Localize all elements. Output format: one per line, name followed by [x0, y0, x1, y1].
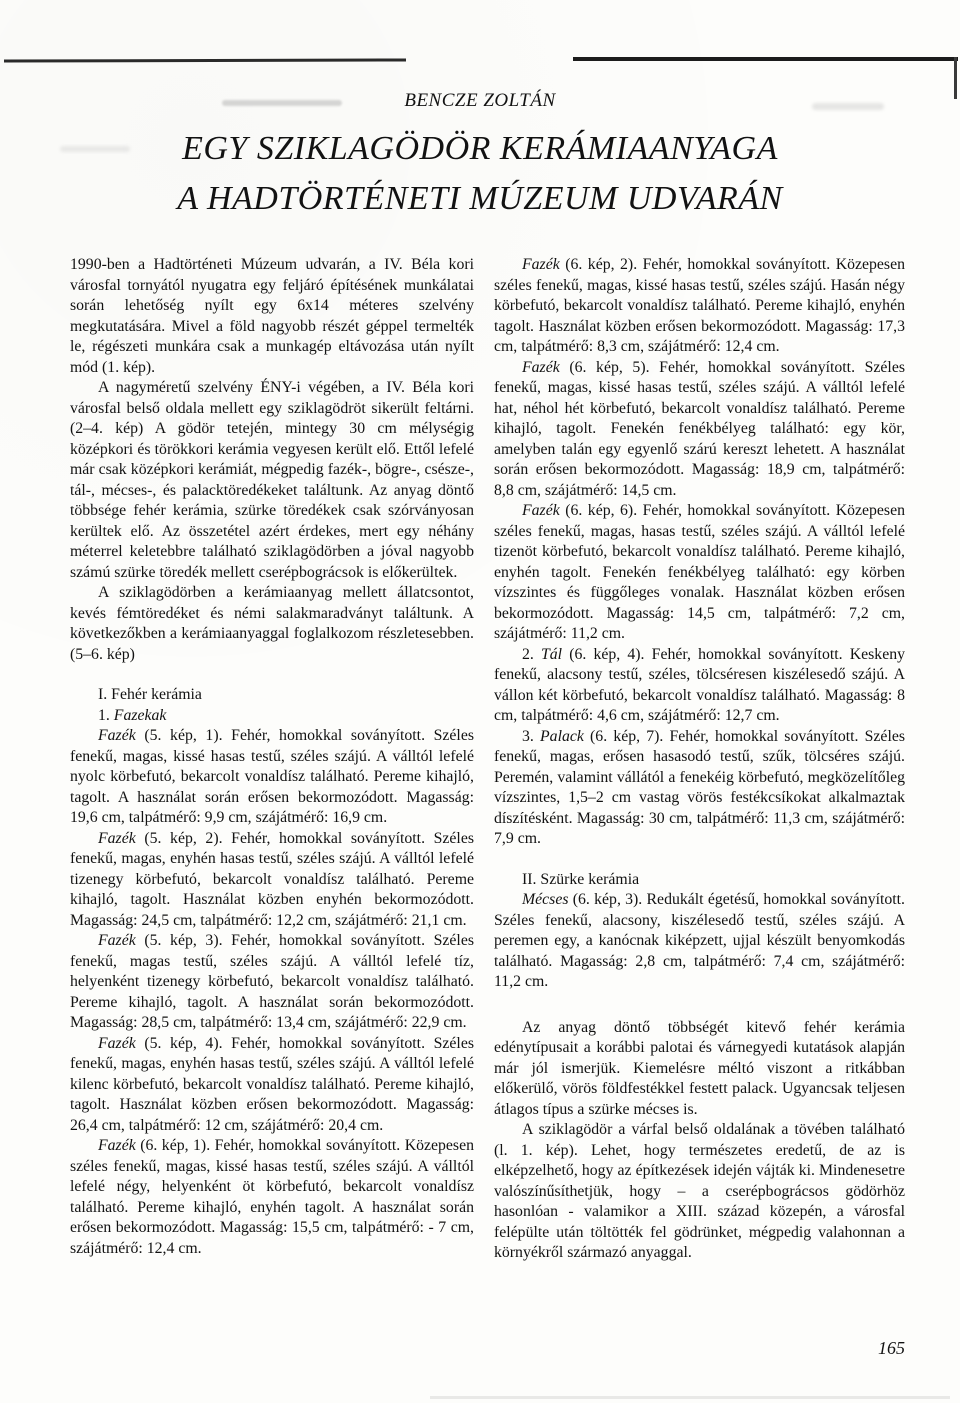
paragraph-lead-italic: Fazék [522, 359, 560, 376]
author-name: BENCZE ZOLTÁN [0, 90, 960, 112]
article-title-line2: A HADTÖRTÉNETI MÚZEUM UDVARÁN [177, 180, 782, 217]
page-number: 165 [494, 1338, 905, 1359]
article-title-line1: EGY SZIKLAGÖDÖR KERÁMIAANYAGA [182, 130, 778, 167]
paragraph: 3. Palack (6. kép, 7). Fehér, homokkal s… [494, 727, 905, 850]
section-heading-white-ceramics: I. Fehér kerámia [70, 685, 474, 706]
heading-text: II. Szürke kerámia [522, 871, 639, 888]
paragraph-lead-italic: Fazék [98, 830, 136, 847]
subsection-heading-fazekak: 1. Fazekak [70, 706, 474, 727]
paragraph-lead-italic: Palack [540, 728, 584, 745]
paragraph-lead-italic: Fazék [98, 1137, 136, 1154]
paragraph-text: (6. kép, 6). Fehér, homokkal soványított… [494, 502, 905, 642]
section-heading-grey-ceramics: II. Szürke kerámia [494, 870, 905, 891]
paragraph-text: A sziklagödörben a kerámiaanyag mellett … [70, 584, 474, 663]
paragraph: A nagyméretű szelvény ÉNY-i végében, a I… [70, 378, 474, 583]
paragraph-pre: 1. [98, 707, 114, 724]
paragraph: Fazék (6. kép, 5). Fehér, homokkal sován… [494, 358, 905, 502]
top-rule-right-segment [573, 57, 958, 61]
paragraph-pre: 2. [522, 646, 541, 663]
paragraph: A sziklagödörben a kerámiaanyag mellett … [70, 583, 474, 665]
paragraph-text: 1990-ben a Hadtörténeti Múzeum udvarán, … [70, 256, 474, 376]
paragraph-lead-italic: Fazék [522, 256, 560, 273]
paragraph-text: (6. kép, 1). Fehér, homokkal soványított… [70, 1137, 474, 1257]
paragraph-text: Az anyag döntő többségét kitevő fehér ke… [494, 1019, 905, 1118]
paragraph: 2. Tál (6. kép, 4). Fehér, homokkal sová… [494, 645, 905, 727]
paragraph-lead-italic: Fazék [98, 727, 136, 744]
paragraph-pre: 3. [522, 728, 540, 745]
paragraph-lead-italic: Mécses [522, 891, 569, 908]
paragraph: A sziklagödör a várfal belső oldalának a… [494, 1120, 905, 1264]
paragraph-lead-italic: Tál [541, 646, 562, 663]
paragraph-text: A nagyméretű szelvény ÉNY-i végében, a I… [70, 379, 474, 581]
heading-text: I. Fehér kerámia [98, 686, 202, 703]
paragraph: Az anyag döntő többségét kitevő fehér ke… [494, 1018, 905, 1121]
paragraph: Fazék (6. kép, 1). Fehér, homokkal sován… [70, 1136, 474, 1259]
paragraph-lead-italic: Fazekak [114, 707, 167, 724]
paragraph: Fazék (5. kép, 1). Fehér, homokkal sován… [70, 726, 474, 829]
paragraph-lead-italic: Fazék [98, 1035, 136, 1052]
article-title: EGY SZIKLAGÖDÖR KERÁMIAANYAGA A HADTÖRTÉ… [0, 124, 960, 224]
paragraph: Fazék (6. kép, 6). Fehér, homokkal sován… [494, 501, 905, 645]
paragraph: 1990-ben a Hadtörténeti Múzeum udvarán, … [70, 255, 474, 378]
paragraph: Fazék (5. kép, 3). Fehér, homokkal sován… [70, 931, 474, 1034]
paragraph: Mécses (6. kép, 3). Redukált égetésű, ho… [494, 890, 905, 993]
left-text-column: 1990-ben a Hadtörténeti Múzeum udvarán, … [70, 255, 474, 1259]
paragraph: Fazék (6. kép, 2). Fehér, homokkal sován… [494, 255, 905, 358]
paragraph-lead-italic: Fazék [98, 932, 136, 949]
paragraph: Fazék (5. kép, 2). Fehér, homokkal sován… [70, 829, 474, 932]
scanned-page: BENCZE ZOLTÁN EGY SZIKLAGÖDÖR KERÁMIAANY… [0, 0, 960, 1403]
paragraph-text: (6. kép, 7). Fehér, homokkal soványított… [494, 728, 905, 848]
right-text-column: Fazék (6. kép, 2). Fehér, homokkal sován… [494, 255, 905, 1264]
paragraph-lead-italic: Fazék [522, 502, 560, 519]
paragraph: Fazék (5. kép, 4). Fehér, homokkal sován… [70, 1034, 474, 1137]
top-rule-left-segment [4, 58, 406, 62]
paragraph-text: (6. kép, 5). Fehér, homokkal soványított… [494, 359, 905, 499]
paragraph-text: A sziklagödör a várfal belső oldalának a… [494, 1121, 905, 1261]
scan-artifact [430, 1396, 950, 1399]
